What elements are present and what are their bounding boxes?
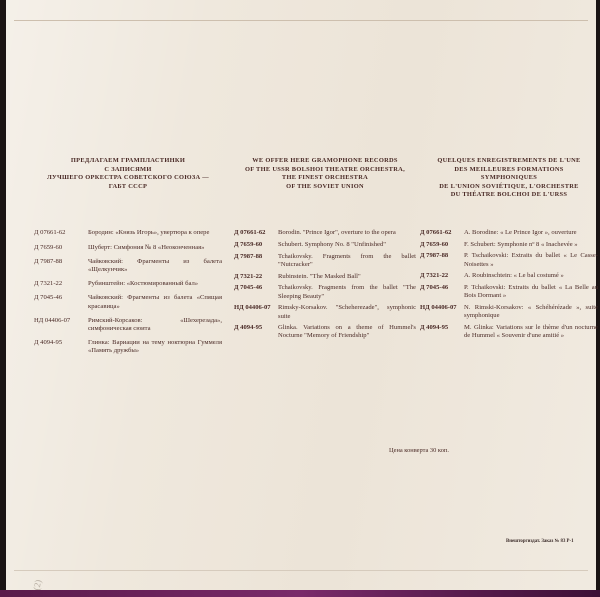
- catalog-number: Д 7321-22: [34, 280, 88, 288]
- record-title: Glinka. Variations on a theme of Hummel'…: [278, 324, 416, 340]
- record-title: Rubinstein. "The Masked Ball": [278, 273, 416, 281]
- record-title: Рубинштейн: «Костюмированный бал»: [88, 280, 222, 288]
- catalog-number: НД 04406-07: [420, 304, 464, 320]
- record-entry: Д 4094-95M. Glinka: Variations sur le th…: [420, 324, 598, 340]
- record-title: N. Rimski-Korsakov: « Schéhérézade », su…: [464, 304, 598, 320]
- top-flap-fold: [14, 20, 588, 21]
- record-title: P. Tschaikovski: Extraits du ballet « Le…: [464, 252, 598, 268]
- english-heading: WE OFFER HERE GRAMOPHONE RECORDS OF THE …: [234, 157, 416, 191]
- sleeve-price: Цена конверта 30 коп.: [389, 447, 449, 454]
- catalog-number: Д 4094-95: [34, 339, 88, 355]
- record-entry: НД 04406-07Rimsky-Korsakov. "Scheherezad…: [234, 304, 416, 320]
- publisher-imprint: Внешторгиздат. Заказ № 83 Р-1: [506, 539, 573, 544]
- catalog-number: Д 7321-22: [234, 273, 278, 281]
- catalog-number: Д 7045-46: [420, 284, 464, 300]
- record-title: Бородин: «Князь Игорь», увертюра к опере: [88, 229, 222, 237]
- record-entry: НД 04406-07Римский-Корсаков: «Шехерезада…: [34, 317, 222, 333]
- record-title: A. Borodine: « Le Prince Igor », ouvertu…: [464, 229, 598, 237]
- record-title: M. Glinka: Variations sur le thème d'un …: [464, 324, 598, 340]
- record-title: P. Tchaikovski: Extraits du ballet « La …: [464, 284, 598, 300]
- record-entry: Д 07661-62Бородин: «Князь Игорь», увертю…: [34, 229, 222, 237]
- record-entry: Д 07661-62Borodin. "Prince Igor", overtu…: [234, 229, 416, 237]
- bottom-flap-fold: [14, 570, 588, 571]
- catalog-number: Д 7987-88: [34, 258, 88, 274]
- record-title: A. Roubinschtein: « Le bal costumé »: [464, 272, 598, 280]
- catalog-number: Д 7659-60: [234, 241, 278, 249]
- record-title: F. Schubert: Symphonie nº 8 « Inachevée …: [464, 241, 598, 249]
- catalog-number: Д 7659-60: [420, 241, 464, 249]
- sleeve-edge-stripe: [0, 590, 600, 597]
- record-title: Tchaikovsky. Fragments from the ballet "…: [278, 253, 416, 269]
- record-title: Римский-Корсаков: «Шехерезада», симфонич…: [88, 317, 222, 333]
- record-title: Шуберт: Симфония № 8 «Неоконченная»: [88, 244, 222, 252]
- record-title: Borodin. "Prince Igor", overture to the …: [278, 229, 416, 237]
- catalog-number: Д 07661-62: [234, 229, 278, 237]
- russian-heading: ПРЕДЛАГАЕМ ГРАМПЛАСТИНКИ С ЗАПИСЯМИ ЛУЧШ…: [34, 157, 222, 191]
- record-entry: Д 7987-88Tchaikovsky. Fragments from the…: [234, 253, 416, 269]
- record-entry: Д 7321-22Рубинштейн: «Костюмированный ба…: [34, 280, 222, 288]
- record-entry: Д 7321-22A. Roubinschtein: « Le bal cost…: [420, 272, 598, 280]
- record-entry: Д 7987-88P. Tschaikovski: Extraits du ba…: [420, 252, 598, 268]
- record-title: Schubert. Symphony No. 8 "Unfinished": [278, 241, 416, 249]
- record-entry: Д 7987-88Чайковский: Фрагменты из балета…: [34, 258, 222, 274]
- record-entry: Д 7045-46Tchaikovsky. Fragments from the…: [234, 284, 416, 300]
- catalog-number: НД 04406-07: [234, 304, 278, 320]
- catalog-number: Д 4094-95: [234, 324, 278, 340]
- record-entry: Д 4094-95Глинка: Вариации на тему ноктюр…: [34, 339, 222, 355]
- catalog-number: Д 7321-22: [420, 272, 464, 280]
- catalog-number: Д 7045-46: [34, 294, 88, 310]
- record-title: Rimsky-Korsakov. "Scheherezade", symphon…: [278, 304, 416, 320]
- record-entry: Д 4094-95Glinka. Variations on a theme o…: [234, 324, 416, 340]
- record-entry: Д 7659-60F. Schubert: Symphonie nº 8 « I…: [420, 241, 598, 249]
- record-entry: Д 7045-46P. Tchaikovski: Extraits du bal…: [420, 284, 598, 300]
- russian-record-list: Д 07661-62Бородин: «Князь Игорь», увертю…: [34, 229, 222, 355]
- french-record-list: Д 07661-62A. Borodine: « Le Prince Igor …: [420, 229, 598, 340]
- record-entry: Д 7045-46Чайковский: Фрагменты из балета…: [34, 294, 222, 310]
- english-record-list: Д 07661-62Borodin. "Prince Igor", overtu…: [234, 229, 416, 340]
- catalog-number: Д 07661-62: [34, 229, 88, 237]
- record-sleeve-back: ПРЕДЛАГАЕМ ГРАМПЛАСТИНКИ С ЗАПИСЯМИ ЛУЧШ…: [6, 0, 596, 590]
- catalog-number: Д 7659-60: [34, 244, 88, 252]
- catalog-number: НД 04406-07: [34, 317, 88, 333]
- catalog-number: Д 07661-62: [420, 229, 464, 237]
- record-entry: Д 7659-60Шуберт: Симфония № 8 «Неокончен…: [34, 244, 222, 252]
- record-title: Tchaikovsky. Fragments from the ballet "…: [278, 284, 416, 300]
- catalog-number: Д 7987-88: [420, 252, 464, 268]
- record-title: Чайковский: Фрагменты из балета «Щелкунч…: [88, 258, 222, 274]
- catalog-number: Д 4094-95: [420, 324, 464, 340]
- record-title: Глинка: Вариации на тему ноктюрна Гуммел…: [88, 339, 222, 355]
- record-entry: Д 7659-60Schubert. Symphony No. 8 "Unfin…: [234, 241, 416, 249]
- record-title: Чайковский: Фрагменты из балета «Спящая …: [88, 294, 222, 310]
- french-column: QUELQUES ENREGISTREMENTS DE L'UNE DES ME…: [420, 157, 598, 344]
- catalog-number: Д 7987-88: [234, 253, 278, 269]
- record-entry: НД 04406-07N. Rimski-Korsakov: « Schéhér…: [420, 304, 598, 320]
- english-column: WE OFFER HERE GRAMOPHONE RECORDS OF THE …: [234, 157, 416, 344]
- record-entry: Д 7321-22Rubinstein. "The Masked Ball": [234, 273, 416, 281]
- catalog-number: Д 7045-46: [234, 284, 278, 300]
- record-entry: Д 07661-62A. Borodine: « Le Prince Igor …: [420, 229, 598, 237]
- russian-column: ПРЕДЛАГАЕМ ГРАМПЛАСТИНКИ С ЗАПИСЯМИ ЛУЧШ…: [34, 157, 222, 362]
- french-heading: QUELQUES ENREGISTREMENTS DE L'UNE DES ME…: [420, 157, 598, 200]
